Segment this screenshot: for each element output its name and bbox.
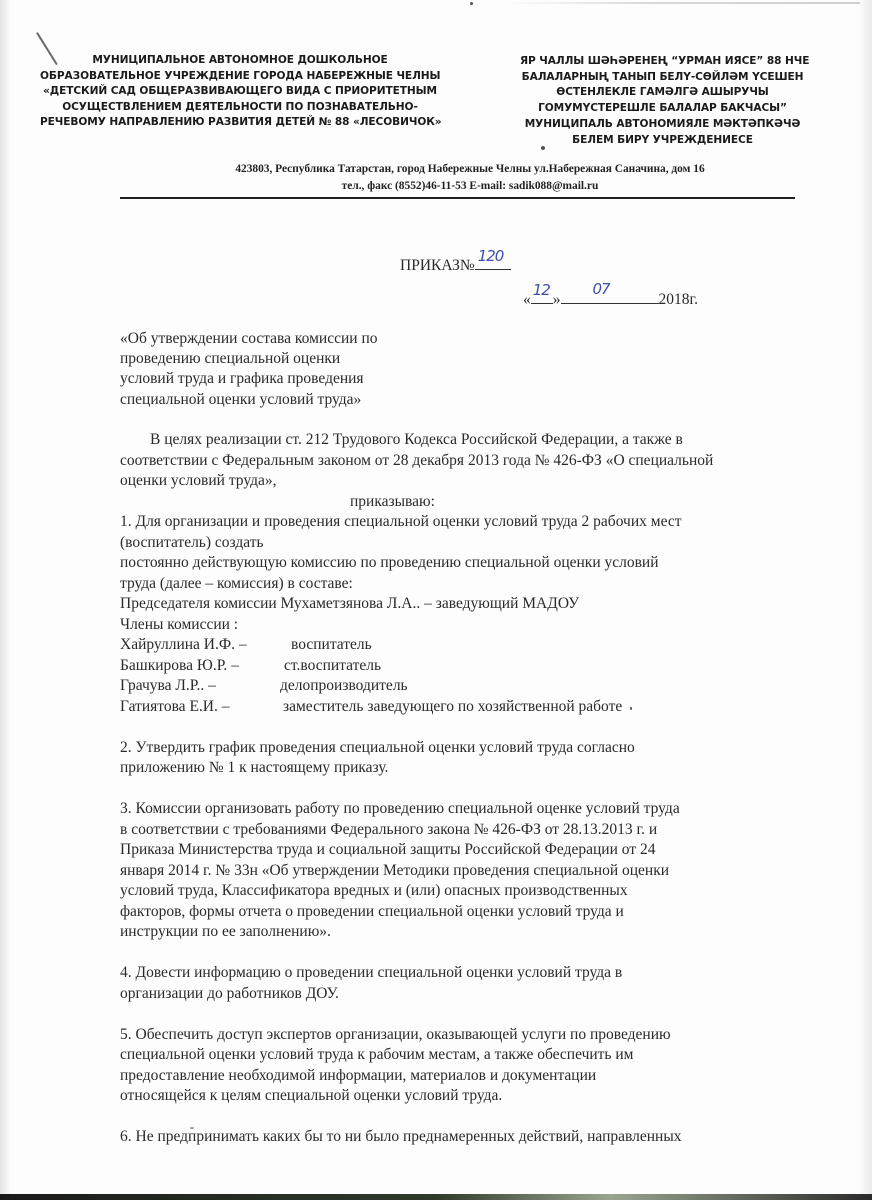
order-number-field: 120 bbox=[475, 253, 511, 270]
preamble-line: В целях реализации ст. 212 Трудового Код… bbox=[120, 430, 800, 451]
member-name: Хайруллина И.Ф. – bbox=[120, 635, 291, 656]
letterhead-line: ОБРАЗОВАТЕЛЬНОЕ УЧРЕЖДЕНИЕ ГОРОДА НАБЕРЕ… bbox=[40, 69, 440, 85]
scan-right-edge bbox=[858, 0, 872, 1200]
item-4-line: 4. Довести информацию о проведении специ… bbox=[120, 963, 800, 984]
address-line: 423803, Республика Татарстан, город Набе… bbox=[150, 161, 790, 178]
preamble-line: соответствии с Федеральным законом от 28… bbox=[120, 451, 800, 472]
letterhead-tatar: ЯР ЧАЛЛЫ ШӘҺӘРЕНЕҢ “УРМАН ИЯСЕ” 88 НЧЕ Б… bbox=[520, 54, 805, 148]
date-close-quote: » bbox=[553, 291, 561, 308]
spacer bbox=[120, 943, 800, 964]
letterhead-line: ЯР ЧАЛЛЫ ШӘҺӘРЕНЕҢ “УРМАН ИЯСЕ” 88 НЧЕ bbox=[520, 54, 805, 70]
item-5-line: 5. Обеспечить доступ экспертов организац… bbox=[120, 1025, 800, 1046]
scan-bottom-edge bbox=[0, 1194, 872, 1200]
letterhead-line: ГОМУМҮСТЕРЕШЛЕ БАЛАЛАР БАКЧАСЫ” bbox=[520, 101, 805, 117]
member-name: Гатиятова Е.И. – bbox=[120, 697, 283, 718]
subject-line: проведению специальной оценки bbox=[120, 349, 440, 369]
date-day-field: 12 bbox=[531, 287, 553, 304]
letterhead-line: ӨСТЕНЛЕКЛЕ ГАМӘЛГӘ АШЫРУЧЫ bbox=[520, 85, 805, 101]
contact-line: тел., факс (8552)46-11-53 E-mail: sadik0… bbox=[150, 178, 790, 195]
item-3-line: факторов, формы отчета о проведении спец… bbox=[120, 902, 800, 923]
letterhead-line: МУНИЦИПАЛЬ АВТОНОМИЯЛЕ МӘКТӘПКӘЧӘ bbox=[520, 117, 805, 133]
spacer bbox=[120, 717, 800, 738]
order-date: «12»072018г. bbox=[523, 287, 698, 309]
spacer bbox=[120, 1004, 800, 1025]
date-year: 2018г. bbox=[659, 291, 698, 308]
item-4-line: организации до работников ДОУ. bbox=[120, 984, 800, 1005]
chairman-line: Председателя комиссии Мухаметзянова Л.А.… bbox=[120, 594, 800, 615]
item-6-line: 6. Не предпринимать каких бы то ни было … bbox=[120, 1127, 800, 1148]
letterhead-line: БЕЛЕМ БИРҮ УЧРЕЖДЕНИЕСЕ bbox=[520, 133, 805, 149]
item-3-line: условий труда, Классификатора вредных и … bbox=[120, 881, 800, 902]
member-role: заместитель заведующего по хозяйственной… bbox=[283, 697, 622, 718]
order-title: ПРИКАЗ№ bbox=[400, 257, 475, 274]
item-5-line: специальной оценки условий труда к рабоч… bbox=[120, 1045, 800, 1066]
item-2-line: приложению № 1 к настоящему приказу. bbox=[120, 758, 800, 779]
item-5-line: относящейся к целям специальной оценки у… bbox=[120, 1086, 800, 1107]
preamble-line: оценки условий труда», bbox=[120, 471, 800, 492]
item-1-line: (воспитатель) создать bbox=[120, 533, 800, 554]
item-3-line: Приказа Министерства труда и социальной … bbox=[120, 840, 800, 861]
scan-speck bbox=[190, 1127, 194, 1129]
item-3-line: в соответствии с требованиями Федерально… bbox=[120, 820, 800, 841]
scan-top-edge bbox=[500, 2, 860, 4]
date-open-quote: « bbox=[523, 291, 531, 308]
letterhead-line: БАЛАЛАРНЫҢ ТАНЫП БЕЛҮ-СӨЙЛӘМ ҮСЕШЕН bbox=[520, 70, 805, 86]
member-name: Грачува Л.Р.. – bbox=[120, 676, 280, 697]
commission-member: Хайруллина И.Ф. – воспитатель bbox=[120, 635, 800, 656]
commission-member: Башкирова Ю.Р. – ст.воспитатель bbox=[120, 656, 800, 677]
subject-line: «Об утверждении состава комиссии по bbox=[120, 329, 440, 349]
spacer bbox=[120, 1107, 800, 1128]
date-month-handwritten: 07 bbox=[593, 280, 610, 298]
item-5-line: предоставление необходимой информации, м… bbox=[120, 1066, 800, 1087]
order-subject: «Об утверждении состава комиссии по пров… bbox=[120, 329, 440, 410]
date-month-field: 07 bbox=[561, 287, 659, 304]
member-name: Башкирова Ю.Р. – bbox=[120, 656, 284, 677]
letterhead-line: «ДЕТСКИЙ САД ОБЩЕРАЗВИВАЮЩЕГО ВИДА С ПРИ… bbox=[40, 84, 440, 100]
scan-speck bbox=[541, 146, 545, 150]
commission-member: Гатиятова Е.И. – заместитель заведующего… bbox=[120, 697, 800, 718]
order-heading: ПРИКАЗ№120 bbox=[400, 253, 511, 275]
item-3-line: 3. Комиссии организовать работу по прове… bbox=[120, 799, 800, 820]
order-number-handwritten: 120 bbox=[478, 247, 504, 265]
letterhead-line: МУНИЦИПАЛЬНОЕ АВТОНОМНОЕ ДОШКОЛЬНОЕ bbox=[40, 53, 440, 69]
scanned-document-page: МУНИЦИПАЛЬНОЕ АВТОНОМНОЕ ДОШКОЛЬНОЕ ОБРА… bbox=[0, 0, 872, 1200]
item-2-line: 2. Утвердить график проведения специальн… bbox=[120, 738, 800, 759]
member-role: ст.воспитатель bbox=[284, 656, 381, 677]
member-role: делопроизводитель bbox=[280, 676, 408, 697]
scan-speck bbox=[630, 707, 632, 710]
letterhead-line: РЕЧЕВОМУ НАПРАВЛЕНИЮ РАЗВИТИЯ ДЕТЕЙ № 88… bbox=[40, 115, 440, 131]
item-3-line: инструкции по ее заполнению». bbox=[120, 922, 800, 943]
item-3-line: января 2014 г. № 33н «Об утверждении Мет… bbox=[120, 861, 800, 882]
order-body: В целях реализации ст. 212 Трудового Код… bbox=[120, 430, 800, 1148]
item-1-line: 1. Для организации и проведения специаль… bbox=[120, 512, 800, 533]
spacer bbox=[120, 779, 800, 800]
scan-speck bbox=[470, 2, 473, 5]
letterhead-line: ОСУЩЕСТВЛЕНИЕМ ДЕЯТЕЛЬНОСТИ ПО ПОЗНАВАТЕ… bbox=[40, 100, 440, 116]
date-day-handwritten: 12 bbox=[533, 281, 550, 299]
member-role: воспитатель bbox=[291, 635, 372, 656]
commission-member: Грачува Л.Р.. – делопроизводитель bbox=[120, 676, 800, 697]
members-heading: Члены комиссии : bbox=[120, 615, 800, 636]
subject-line: специальной оценки условий труда» bbox=[120, 390, 440, 410]
letterhead-russian: МУНИЦИПАЛЬНОЕ АВТОНОМНОЕ ДОШКОЛЬНОЕ ОБРА… bbox=[40, 53, 440, 131]
order-word: приказываю: bbox=[120, 492, 800, 513]
letterhead-divider bbox=[120, 197, 795, 199]
scan-left-shadow bbox=[0, 0, 10, 1200]
item-1-line: труда (далее – комиссия) в составе: bbox=[120, 574, 800, 595]
subject-line: условий труда и графика проведения bbox=[120, 369, 440, 389]
item-1-line: постоянно действующую комиссию по провед… bbox=[120, 553, 800, 574]
letterhead-address: 423803, Республика Татарстан, город Набе… bbox=[150, 161, 790, 195]
